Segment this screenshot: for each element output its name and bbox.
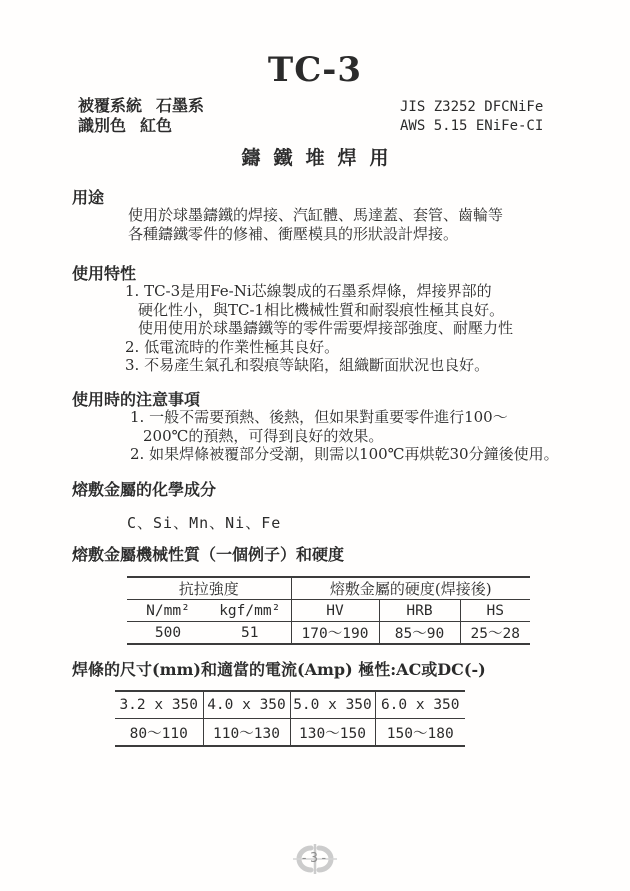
characteristics-heading: 使用特性 <box>72 261 136 284</box>
identification-color-row: 識別色紅色 <box>78 116 204 136</box>
spec-codes: JIS Z3252 DFCNiFe AWS 5.15 ENiFe-CI <box>400 98 543 136</box>
mechanical-properties-table: 抗拉強度 熔敷金屬的硬度(焊接後) N/mm² kgf/mm² HV HRB H… <box>127 576 530 645</box>
size-cell: 3.2 x 350 <box>115 691 203 719</box>
usage-body: 使用於球墨鑄鐵的焊接、汽缸體、馬達蓋、套管、齒輪等 各種鑄鐵零件的修補、衝壓模具… <box>128 206 503 244</box>
current-cell: 80～110 <box>115 719 203 747</box>
page-number: -3- <box>289 851 341 866</box>
document-subtitle: 鑄鐵堆焊用 <box>0 143 630 170</box>
page-footer: -3- <box>0 842 630 878</box>
characteristics-line: 3. 不易產生氣孔和裂痕等缺陷，組織斷面狀況也良好。 <box>125 356 513 375</box>
table-row: 3.2 x 350 4.0 x 350 5.0 x 350 6.0 x 350 <box>115 691 465 719</box>
page-title: TC-3 <box>0 50 630 90</box>
current-cell: 110～130 <box>203 719 290 747</box>
table-cell: 51 <box>209 622 291 645</box>
table-row: 500 51 170～190 85～90 25～28 <box>127 622 530 645</box>
coating-system-value: 石墨系 <box>156 96 204 115</box>
chemical-heading: 熔敷金屬的化學成分 <box>72 477 216 500</box>
table-row: 抗拉強度 熔敷金屬的硬度(焊接後) <box>127 577 530 600</box>
chemical-composition: C、Si、Mn、Ni、Fe <box>127 512 281 533</box>
mechanical-heading: 熔敷金屬機械性質（一個例子）和硬度 <box>72 542 344 565</box>
characteristics-line: 硬化性小，與TC-1相比機械性質和耐裂痕性極其良好。 <box>125 301 513 320</box>
characteristics-list: 1. TC-3是用Fe-Ni芯線製成的石墨系焊條，焊接界部的 硬化性小，與TC-… <box>125 282 513 375</box>
table-row: N/mm² kgf/mm² HV HRB HS <box>127 600 530 622</box>
tensile-group-header: 抗拉強度 <box>127 577 291 600</box>
characteristics-line: 使用使用於球墨鑄鐵等的零件需要焊接部強度、耐壓力性 <box>125 319 513 338</box>
table-cell: 85～90 <box>379 622 460 645</box>
precautions-line: 2. 如果焊條被覆部分受潮，則需以100℃再烘乾30分鐘後使用。 <box>130 445 559 464</box>
characteristics-line: 2. 低電流時的作業性極其良好。 <box>125 338 513 357</box>
size-cell: 5.0 x 350 <box>290 691 375 719</box>
precautions-line: 200℃的預熱，可得到良好的效果。 <box>130 427 559 446</box>
table-cell: 500 <box>127 622 209 645</box>
size-cell: 4.0 x 350 <box>203 691 290 719</box>
table-cell: 25～28 <box>460 622 530 645</box>
coating-info: 被覆系統石墨系 識別色紅色 <box>78 96 204 136</box>
precautions-heading: 使用時的注意事項 <box>72 387 200 410</box>
col-header: N/mm² <box>127 600 209 622</box>
table-row: 80～110 110～130 130～150 150～180 <box>115 719 465 747</box>
size-current-table: 3.2 x 350 4.0 x 350 5.0 x 350 6.0 x 350 … <box>115 690 465 747</box>
col-header: HV <box>291 600 379 622</box>
precautions-list: 1. 一般不需要預熱、後熱，但如果對重要零件進行100～ 200℃的預熱，可得到… <box>130 408 559 464</box>
spec-aws: AWS 5.15 ENiFe-CI <box>400 117 543 136</box>
table-cell: 170～190 <box>291 622 379 645</box>
identification-color-value: 紅色 <box>140 116 172 135</box>
size-cell: 6.0 x 350 <box>375 691 465 719</box>
document-page: TC-3 被覆系統石墨系 識別色紅色 JIS Z3252 DFCNiFe AWS… <box>0 0 630 891</box>
sizes-heading: 焊條的尺寸(mm)和適當的電流(Amp) 極性:AC或DC(-) <box>72 657 486 680</box>
coating-system-row: 被覆系統石墨系 <box>78 96 204 116</box>
current-cell: 130～150 <box>290 719 375 747</box>
footer-emblem-wrap: -3- <box>289 842 341 876</box>
col-header: HS <box>460 600 530 622</box>
precautions-line: 1. 一般不需要預熱、後熱，但如果對重要零件進行100～ <box>130 408 559 427</box>
usage-line: 各種鑄鐵零件的修補、衝壓模具的形狀設計焊接。 <box>128 225 503 244</box>
coating-system-label: 被覆系統 <box>78 96 142 115</box>
identification-color-label: 識別色 <box>78 116 126 135</box>
hardness-group-header: 熔敷金屬的硬度(焊接後) <box>291 577 530 600</box>
col-header: HRB <box>379 600 460 622</box>
current-cell: 150～180 <box>375 719 465 747</box>
col-header: kgf/mm² <box>209 600 291 622</box>
usage-heading: 用途 <box>72 185 104 208</box>
characteristics-line: 1. TC-3是用Fe-Ni芯線製成的石墨系焊條，焊接界部的 <box>125 282 513 301</box>
usage-line: 使用於球墨鑄鐵的焊接、汽缸體、馬達蓋、套管、齒輪等 <box>128 206 503 225</box>
spec-jis: JIS Z3252 DFCNiFe <box>400 98 543 117</box>
